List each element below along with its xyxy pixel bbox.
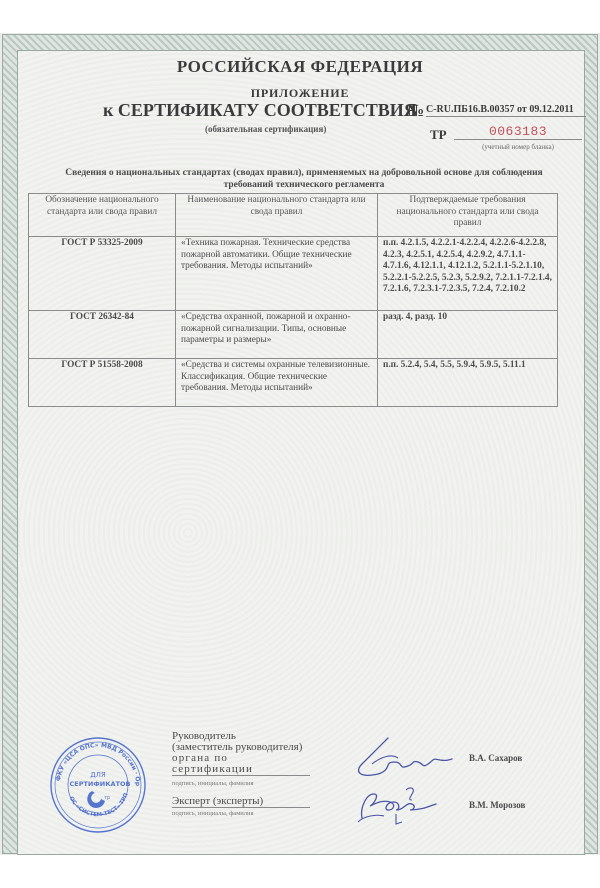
table-header-row: Обозначение национального стандарта или …: [29, 194, 558, 237]
blank-number: 0063183: [454, 124, 582, 140]
stamp-center-line2: СЕРТИФИКАТОВ: [70, 780, 131, 788]
cell-name: «Средства и системы охранные телевизионн…: [176, 359, 378, 407]
head-signature-icon: [348, 734, 458, 780]
table-row: ГОСТ Р 53325-2009 «Техника пожарная. Тех…: [29, 237, 558, 311]
expert-name: В.М. Морозов: [469, 800, 525, 810]
standards-table: Обозначение национального стандарта или …: [28, 193, 558, 407]
number-sign: №: [407, 101, 424, 121]
cell-requirements: п.п. 5.2.4, 5.4, 5.5, 5.9.4, 5.9.5, 5.11…: [378, 359, 558, 407]
expert-signature-block: Эксперт (эксперты) подпись, инициалы, фа…: [172, 795, 310, 817]
head-name: В.А. Сахаров: [469, 753, 522, 763]
head-caption: подпись, инициалы, фамилия: [172, 778, 310, 789]
head-role-line-3: органа по сертификации: [172, 753, 310, 775]
blank-number-caption: (учетный номер бланка): [454, 143, 582, 151]
expert-role: Эксперт (эксперты): [172, 795, 310, 808]
intro-text: Сведения о национальных стандартах (свод…: [34, 167, 574, 191]
certification-type: (обязательная сертификация): [205, 124, 326, 134]
header-name: Наименование национального стандарта или…: [176, 194, 378, 237]
expert-caption: подпись, инициалы, фамилия: [172, 810, 310, 817]
header-requirements: Подтверждаемые требования национального …: [378, 194, 558, 237]
certification-stamp-icon: ФКУ «ЦСА ОПС» МВД России · Орган по серт…: [48, 735, 148, 835]
table-row: ГОСТ 26342-84 «Средства охранной, пожарн…: [29, 311, 558, 359]
intro-line-1: Сведения о национальных стандартах (свод…: [34, 167, 574, 179]
stamp-center-line1: ДЛЯ: [90, 771, 106, 779]
head-signature-block: Руководитель (заместитель руководителя) …: [172, 731, 310, 789]
cell-name: «Средства охранной, пожарной и охранно-п…: [176, 311, 378, 359]
cell-requirements: п.п. 4.2.1.5, 4.2.2.1-4.2.2.4, 4.2.2.6-4…: [378, 237, 558, 311]
expert-signature-icon: [340, 780, 440, 828]
table-row: ГОСТ Р 51558-2008 «Средства и системы ох…: [29, 359, 558, 407]
cell-designation: ГОСТ 26342-84: [29, 311, 176, 359]
certificate-content: РОССИЙСКАЯ ФЕДЕРАЦИЯ ПРИЛОЖЕНИЕ к СЕРТИФ…: [0, 0, 600, 888]
header-designation: Обозначение национального стандарта или …: [29, 194, 176, 237]
certificate-number: C-RU.ПБ16.В.00357 от 09.12.2011: [426, 104, 586, 117]
cell-requirements: разд. 4, разд. 10: [378, 311, 558, 359]
certificate-title: к СЕРТИФИКАТУ СООТВЕТСТВИЯ: [103, 100, 417, 121]
appendix-title: ПРИЛОЖЕНИЕ: [0, 86, 600, 101]
svg-text:тр: тр: [104, 795, 110, 801]
intro-line-2: требований технического регламента: [34, 179, 574, 191]
tr-label: ТР: [430, 127, 447, 143]
cell-designation: ГОСТ Р 51558-2008: [29, 359, 176, 407]
cell-designation: ГОСТ Р 53325-2009: [29, 237, 176, 311]
country-title: РОССИЙСКАЯ ФЕДЕРАЦИЯ: [0, 57, 600, 77]
cell-name: «Техника пожарная. Технические средства …: [176, 237, 378, 311]
